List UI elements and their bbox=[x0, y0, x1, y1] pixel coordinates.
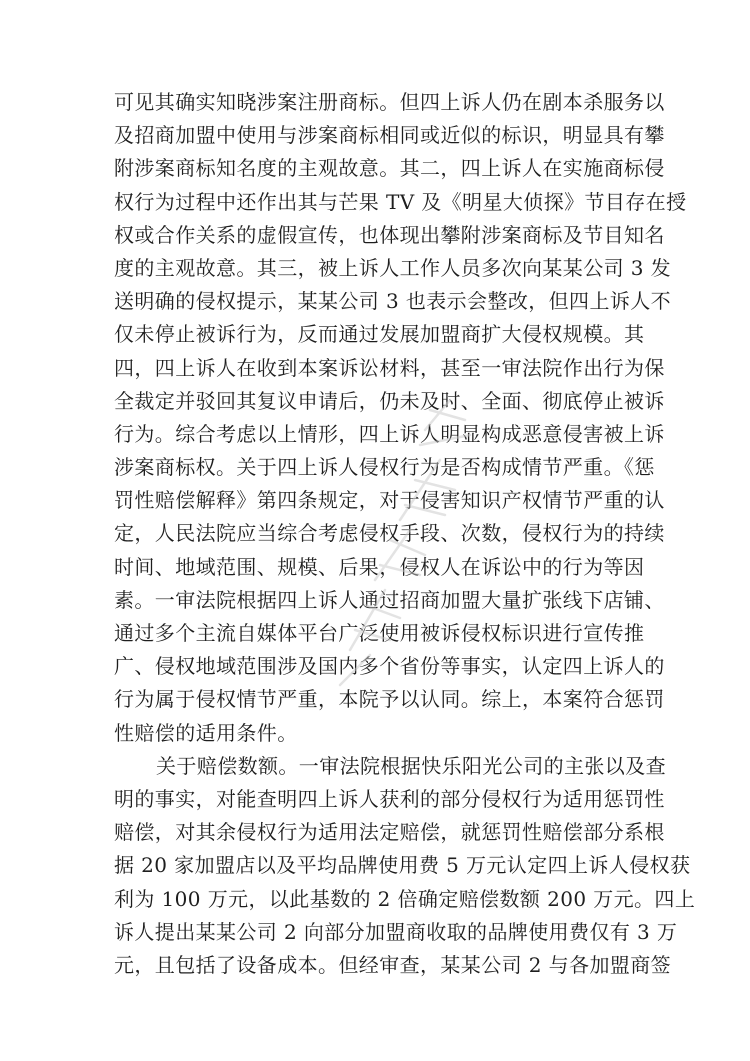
text-line: 行为属于侵权情节严重，本院予以认同。综上，本案符合惩罚 bbox=[114, 683, 624, 716]
paragraph-start-line: 关于赔偿数额。一审法院根据快乐阳光公司的主张以及查 bbox=[114, 750, 624, 783]
text-line: 涉案商标权。关于四上诉人侵权行为是否构成情节严重。《惩 bbox=[114, 451, 624, 484]
text-line: 元，且包括了设备成本。但经审查，某某公司 2 与各加盟商签 bbox=[114, 949, 624, 982]
text-line: 附涉案商标知名度的主观故意。其二，四上诉人在实施商标侵 bbox=[114, 152, 624, 185]
text-line: 罚性赔偿解释》第四条规定，对于侵害知识产权情节严重的认 bbox=[114, 484, 624, 517]
text-line: 诉人提出某某公司 2 向部分加盟商收取的品牌使用费仅有 3 万 bbox=[114, 916, 624, 949]
document-page: 可见其确实知晓涉案注册商标。但四上诉人仍在剧本杀服务以 及招商加盟中使用与涉案商… bbox=[114, 86, 624, 982]
text-line: 广、侵权地域范围涉及国内多个省份等事实，认定四上诉人的 bbox=[114, 650, 624, 683]
text-line: 利为 100 万元，以此基数的 2 倍确定赔偿数额 200 万元。四上 bbox=[114, 883, 624, 916]
text-line: 全裁定并驳回其复议申请后，仍未及时、全面、彻底停止被诉 bbox=[114, 385, 624, 418]
text-line: 权行为过程中还作出其与芒果 TV 及《明星大侦探》节目存在授 bbox=[114, 186, 624, 219]
text-line: 仅未停止被诉行为，反而通过发展加盟商扩大侵权规模。其 bbox=[114, 318, 624, 351]
text-line: 赔偿，对其余侵权行为适用法定赔偿，就惩罚性赔偿部分系根 bbox=[114, 816, 624, 849]
text-line: 据 20 家加盟店以及平均品牌使用费 5 万元认定四上诉人侵权获 bbox=[114, 849, 624, 882]
text-line: 度的主观故意。其三，被上诉人工作人员多次向某某公司 3 发 bbox=[114, 252, 624, 285]
text-line: 性赔偿的适用条件。 bbox=[114, 717, 624, 750]
text-line: 权或合作关系的虚假宣传，也体现出攀附涉案商标及节目知名 bbox=[114, 219, 624, 252]
text-line: 送明确的侵权提示，某某公司 3 也表示会整改，但四上诉人不 bbox=[114, 285, 624, 318]
text-line: 可见其确实知晓涉案注册商标。但四上诉人仍在剧本杀服务以 bbox=[114, 86, 624, 119]
text-line: 通过多个主流自媒体平台广泛使用被诉侵权标识进行宣传推 bbox=[114, 617, 624, 650]
text-line: 定，人民法院应当综合考虑侵权手段、次数，侵权行为的持续 bbox=[114, 517, 624, 550]
text-line: 及招商加盟中使用与涉案商标相同或近似的标识，明显具有攀 bbox=[114, 119, 624, 152]
text-line: 素。一审法院根据四上诉人通过招商加盟大量扩张线下店铺、 bbox=[114, 584, 624, 617]
text-line: 四，四上诉人在收到本案诉讼材料，甚至一审法院作出行为保 bbox=[114, 352, 624, 385]
text-line: 明的事实，对能查明四上诉人获利的部分侵权行为适用惩罚性 bbox=[114, 783, 624, 816]
text-line: 行为。综合考虑以上情形，四上诉人明显构成恶意侵害被上诉 bbox=[114, 418, 624, 451]
text-line: 时间、地域范围、规模、后果，侵权人在诉讼中的行为等因 bbox=[114, 551, 624, 584]
